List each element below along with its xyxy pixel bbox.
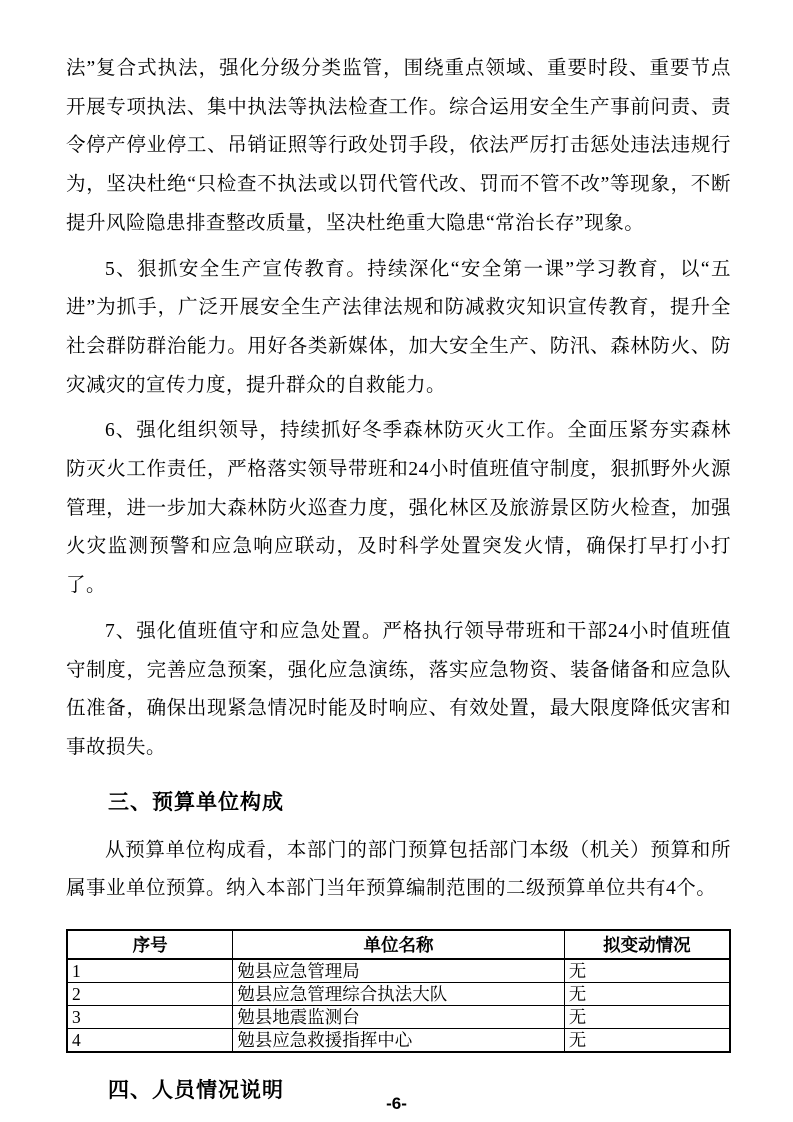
paragraph-item7: 7、强化值班值守和应急处置。严格执行领导带班和干部24小时值班值守制度，完善应急… — [66, 613, 731, 768]
table-body: 1勉县应急管理局无2勉县应急管理综合执法大队无3勉县地震监测台无4勉县应急救援指… — [67, 959, 730, 1052]
table-cell: 无 — [564, 983, 730, 1006]
table-cell: 勉县应急管理综合执法大队 — [233, 983, 565, 1006]
table-cell: 无 — [564, 1006, 730, 1029]
table-cell: 无 — [564, 959, 730, 983]
paragraph-continuation: 法”复合式执法，强化分级分类监管，围绕重点领域、重要时段、重要节点开展专项执法、… — [66, 50, 731, 244]
table-cell: 勉县应急管理局 — [233, 959, 565, 983]
document-page: 法”复合式执法，强化分级分类监管，围绕重点领域、重要时段、重要节点开展专项执法、… — [0, 0, 793, 1122]
table-cell: 无 — [564, 1029, 730, 1053]
table-cell: 2 — [67, 983, 233, 1006]
paragraph-budget-intro: 从预算单位构成看，本部门的部门预算包括部门本级（机关）预算和所属事业单位预算。纳… — [66, 832, 731, 909]
table-cell: 1 — [67, 959, 233, 983]
paragraph-item5: 5、狠抓安全生产宣传教育。持续深化“安全第一课”学习教育，以“五进”为抓手，广泛… — [66, 251, 731, 406]
body-text: 法”复合式执法，强化分级分类监管，围绕重点领域、重要时段、重要节点开展专项执法、… — [66, 50, 731, 768]
table-cell: 3 — [67, 1006, 233, 1029]
paragraph-item6: 6、强化组织领导，持续抓好冬季森林防灭火工作。全面压紧夯实森林防灭火工作责任，严… — [66, 412, 731, 606]
section-heading-budget-units: 三、预算单位构成 — [66, 789, 731, 817]
table-cell: 4 — [67, 1029, 233, 1053]
page-number: -6- — [0, 1094, 793, 1114]
table-row: 2勉县应急管理综合执法大队无 — [67, 983, 730, 1006]
table-row: 1勉县应急管理局无 — [67, 959, 730, 983]
budget-units-table: 序号 单位名称 拟变动情况 1勉县应急管理局无2勉县应急管理综合执法大队无3勉县… — [66, 929, 731, 1053]
table-row: 3勉县地震监测台无 — [67, 1006, 730, 1029]
table-header-number: 序号 — [67, 930, 233, 959]
table-row: 4勉县应急救援指挥中心无 — [67, 1029, 730, 1053]
table-header-change: 拟变动情况 — [564, 930, 730, 959]
table-cell: 勉县应急救援指挥中心 — [233, 1029, 565, 1053]
table-header-unit-name: 单位名称 — [233, 930, 565, 959]
table-cell: 勉县地震监测台 — [233, 1006, 565, 1029]
table-header-row: 序号 单位名称 拟变动情况 — [67, 930, 730, 959]
